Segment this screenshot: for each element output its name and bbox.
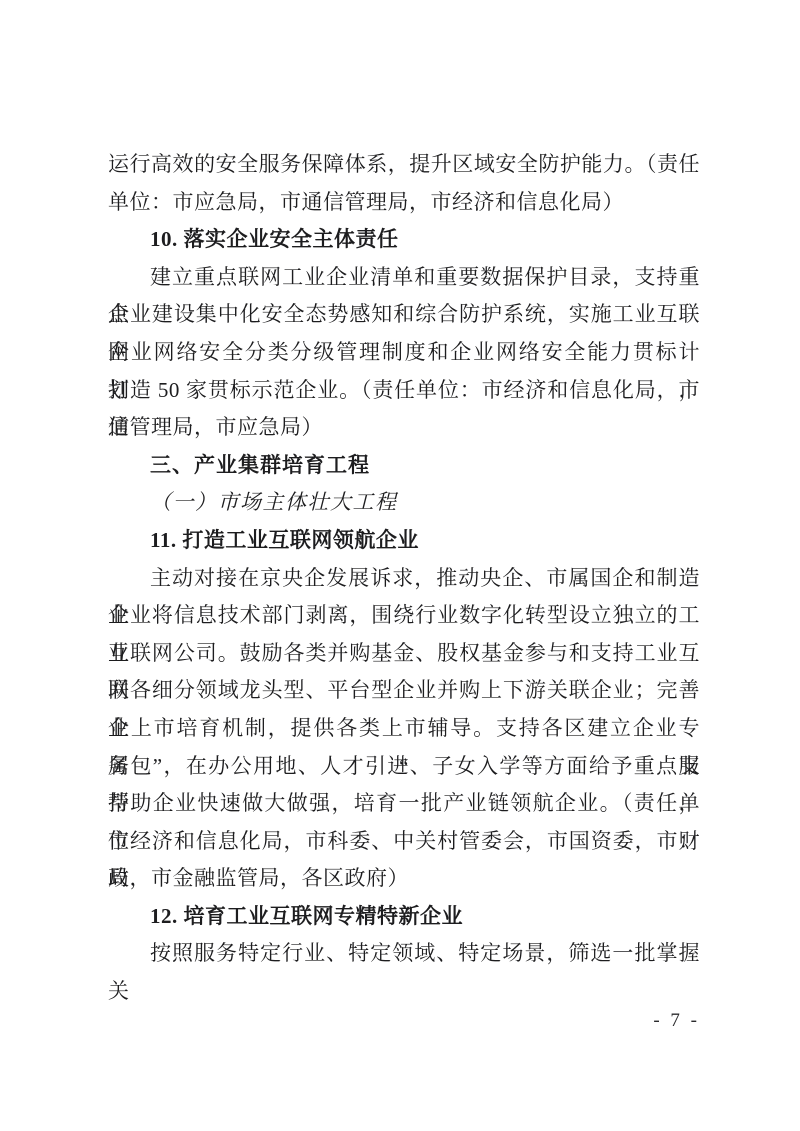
heading-item-10: 10. 落实企业安全主体责任: [108, 221, 700, 259]
body-line: 建立重点联网工业企业清单和重要数据保护目录，支持重点: [108, 259, 700, 297]
heading-subsection-one: （一）市场主体壮大工程: [108, 484, 700, 522]
body-line: 网各细分领域龙头型、平台型企业并购上下游关联企业；完善企: [108, 672, 700, 710]
heading-item-11: 11. 打造工业互联网领航企业: [108, 522, 700, 560]
body-line: 按照服务特定行业、特定领域、特定场景，筛选一批掌握关: [108, 935, 700, 973]
body-line: 企业建设集中化安全态势感知和综合防护系统，实施工业互联网: [108, 296, 700, 334]
body-line: 互联网公司。鼓励各类并购基金、股权基金参与和支持工业互联: [108, 635, 700, 673]
body-line: 企业网络安全分类分级管理制度和企业网络安全能力贯标计划，: [108, 334, 700, 372]
body-line: 主动对接在京央企发展诉求，推动央企、市属国企和制造业: [108, 560, 700, 598]
body-line: 运行高效的安全服务保障体系，提升区域安全防护能力。（责任: [108, 146, 700, 184]
body-line: 单位：市应急局，市通信管理局，市经济和信息化局）: [108, 184, 700, 222]
body-line: 务包”，在办公用地、人才引进、子女入学等方面给予重点支持，: [108, 748, 700, 786]
body-line: 帮助企业快速做大做强，培育一批产业链领航企业。（责任单位：: [108, 785, 700, 823]
heading-section-three: 三、产业集群培育工程: [108, 447, 700, 485]
body-line: 业上市培育机制，提供各类上市辅导。支持各区建立企业专属“服: [108, 710, 700, 748]
body-line: 市经济和信息化局，市科委、中关村管委会，市国资委，市财政: [108, 823, 700, 861]
heading-item-12: 12. 培育工业互联网专精特新企业: [108, 898, 700, 936]
body-line: 企业将信息技术部门剥离，围绕行业数字化转型设立独立的工业: [108, 597, 700, 635]
document-text-block: 运行高效的安全服务保障体系，提升区域安全防护能力。（责任 单位：市应急局，市通信…: [108, 146, 700, 973]
body-line: 信管理局，市应急局）: [108, 409, 700, 447]
body-line: 局，市金融监管局，各区政府）: [108, 860, 700, 898]
page-number: - 7 -: [653, 1006, 700, 1036]
body-line: 打造 50 家贯标示范企业。（责任单位：市经济和信息化局，市通: [108, 372, 700, 410]
document-page: 运行高效的安全服务保障体系，提升区域安全防护能力。（责任 单位：市应急局，市通信…: [0, 0, 800, 1131]
